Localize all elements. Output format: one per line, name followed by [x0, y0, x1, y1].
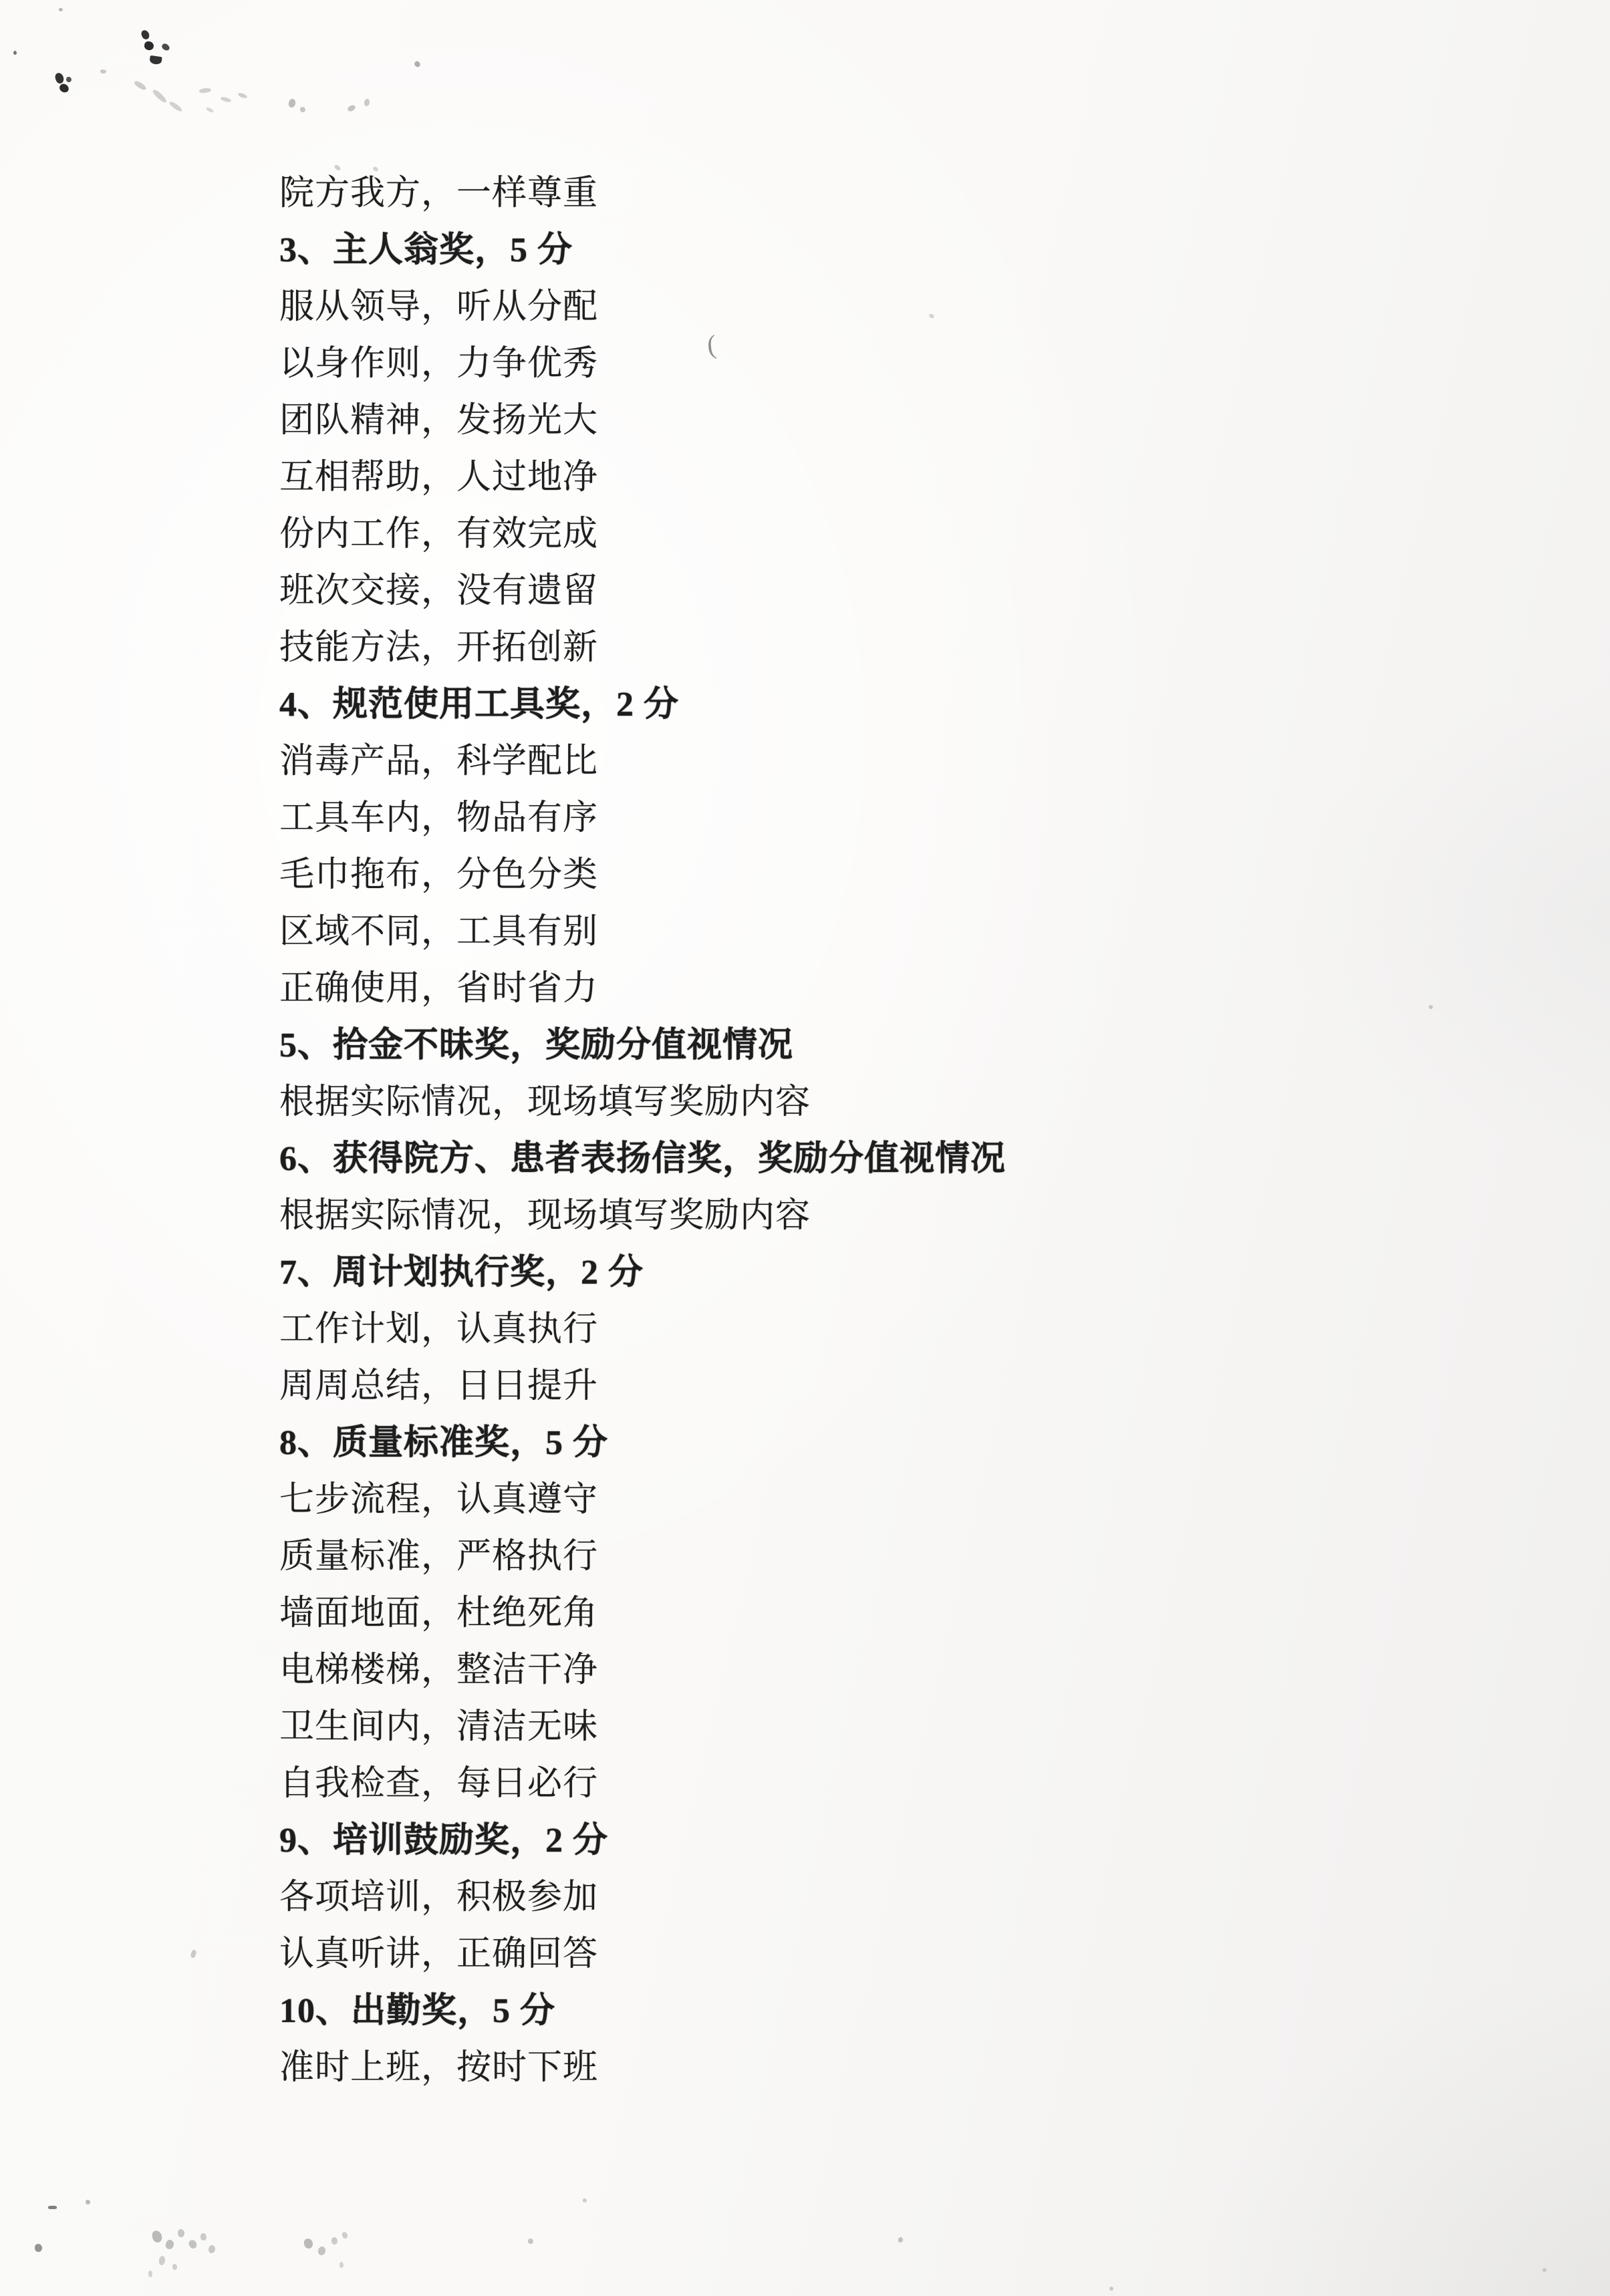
scan-speck [1109, 2287, 1113, 2291]
scan-streak [300, 107, 305, 112]
text-line: 服从领导，听从分配 [279, 275, 1006, 331]
scan-speck [340, 2262, 344, 2268]
scan-speck [86, 2200, 90, 2204]
text-line: 份内工作，有效完成 [279, 502, 1006, 559]
scan-speck [140, 29, 150, 40]
scan-streak [237, 92, 247, 99]
scan-speck [200, 2233, 207, 2241]
scan-speck [35, 2244, 42, 2252]
scan-streak [220, 96, 231, 103]
award-heading-line: 9、培训鼓励奖，2 分 [279, 1808, 1006, 1865]
scanned-page: 院方我方，一样尊重3、主人翁奖，5 分服从领导，听从分配以身作则，力争优秀团队精… [0, 0, 1610, 2296]
scan-speck [303, 2238, 313, 2249]
scan-streak [347, 104, 356, 113]
text-line: 自我检查，每日必行 [279, 1751, 1006, 1808]
scan-streak [152, 88, 168, 104]
text-line: 互相帮助，人过地净 [279, 445, 1006, 502]
award-heading-line: 5、拾金不昧奖，奖励分值视情况 [279, 1013, 1006, 1070]
scan-speck [178, 2229, 184, 2237]
text-line: 工具车内，物品有序 [279, 786, 1006, 843]
text-line: 团队精神，发扬光大 [279, 388, 1006, 445]
award-heading-line: 7、周计划执行奖，2 分 [279, 1240, 1006, 1297]
scan-speck [54, 72, 65, 85]
scan-speck [161, 43, 171, 52]
scan-speck [144, 41, 154, 51]
text-line: 各项培训，积极参加 [279, 1865, 1006, 1922]
scan-speck [342, 2231, 349, 2239]
scan-speck [66, 77, 72, 82]
scan-speck [48, 2206, 57, 2209]
text-line: 毛巾拖布，分色分类 [279, 843, 1006, 899]
award-heading-line: 6、获得院方、患者表扬信奖，奖励分值视情况 [279, 1127, 1006, 1183]
scan-speck [164, 2239, 175, 2250]
scan-speck [190, 1949, 196, 1959]
text-line: 准时上班，按时下班 [279, 2035, 1006, 2092]
scan-streak [199, 88, 212, 94]
text-line: 卫生间内，清洁无味 [279, 1695, 1006, 1751]
scan-streak [287, 98, 296, 108]
text-line: 区域不同，工具有别 [279, 899, 1006, 956]
text-line: 工作计划，认真执行 [279, 1297, 1006, 1354]
text-line: 根据实际情况，现场填写奖励内容 [279, 1070, 1006, 1127]
text-line: 电梯楼梯，整洁干净 [279, 1638, 1006, 1695]
text-line: 班次交接，没有遗留 [279, 559, 1006, 615]
scan-speck [1542, 2268, 1547, 2272]
scan-speck [172, 2264, 177, 2270]
scan-streak [100, 69, 106, 74]
scan-streak [168, 100, 183, 112]
scan-speck [188, 2239, 198, 2249]
scan-speck [13, 51, 17, 55]
scan-speck [331, 2237, 338, 2245]
scan-speck [583, 2198, 587, 2202]
text-line: 院方我方，一样尊重 [279, 161, 1006, 218]
text-line: 技能方法，开拓创新 [279, 615, 1006, 672]
scan-speck [148, 2271, 152, 2277]
scan-speck [149, 55, 162, 65]
award-heading-line: 10、出勤奖，5 分 [279, 1979, 1006, 2035]
text-line: 消毒产品，科学配比 [279, 729, 1006, 786]
scan-speck [897, 2237, 904, 2243]
scan-streak [364, 98, 370, 106]
scan-speck [59, 8, 63, 11]
text-line: 墙面地面，杜绝死角 [279, 1581, 1006, 1638]
scan-speck [1429, 1005, 1433, 1009]
text-block: 院方我方，一样尊重3、主人翁奖，5 分服从领导，听从分配以身作则，力争优秀团队精… [279, 161, 1006, 2092]
scan-speck [158, 2255, 166, 2265]
scan-speck [208, 2245, 217, 2254]
scan-speck [413, 60, 421, 68]
text-line: 质量标准，严格执行 [279, 1524, 1006, 1581]
text-line: 七步流程，认真遵守 [279, 1467, 1006, 1524]
scan-speck [58, 83, 70, 94]
award-heading-line: 4、规范使用工具奖，2 分 [279, 672, 1006, 729]
text-line: 正确使用，省时省力 [279, 956, 1006, 1013]
award-heading-line: 8、质量标准奖，5 分 [279, 1411, 1006, 1467]
award-heading-line: 3、主人翁奖，5 分 [279, 218, 1006, 275]
text-line: 认真听讲，正确回答 [279, 1922, 1006, 1979]
scan-speck [528, 2239, 533, 2244]
scan-streak [133, 80, 147, 91]
scan-speck [151, 2229, 163, 2243]
text-line: 周周总结，日日提升 [279, 1354, 1006, 1411]
scan-streak [206, 106, 215, 113]
text-line: 根据实际情况，现场填写奖励内容 [279, 1183, 1006, 1240]
scan-speck [317, 2245, 327, 2256]
text-line: 以身作则，力争优秀 [279, 331, 1006, 388]
